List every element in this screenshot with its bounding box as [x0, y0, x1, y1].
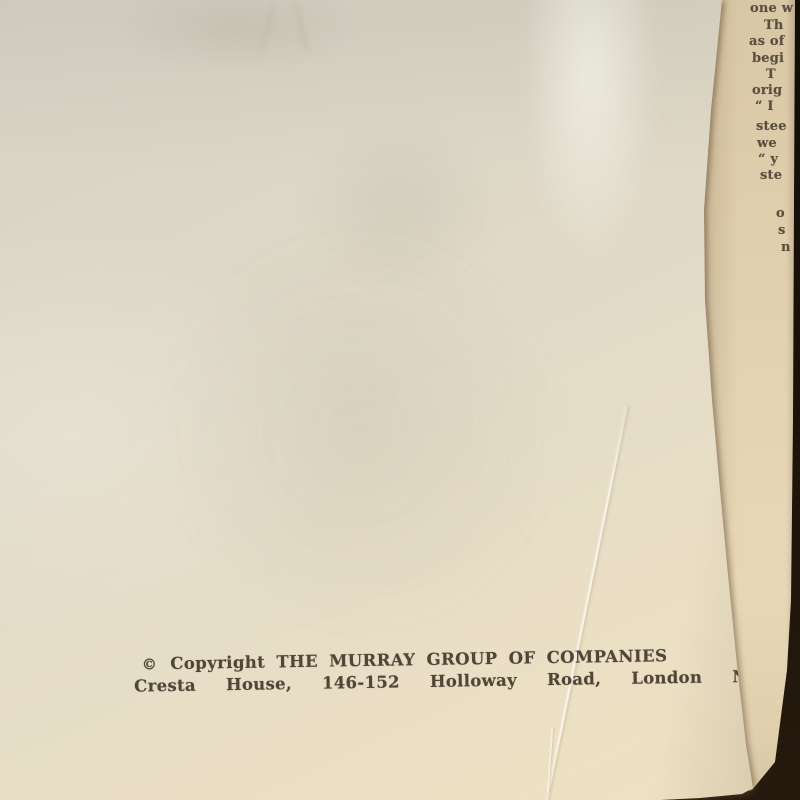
show-through-mark [160, 230, 560, 630]
left-page-wrap: ©Copyright THE MURRAY GROUP OF COMPANIES… [0, 0, 800, 800]
show-through-mark [118, 0, 358, 70]
book-photo: one wThas ofbegiTorig“ Isteewe“ ysteosn … [0, 0, 800, 800]
left-page: ©Copyright THE MURRAY GROUP OF COMPANIES… [0, 0, 800, 800]
copyright-notice: ©Copyright THE MURRAY GROUP OF COMPANIES… [134, 646, 595, 697]
copyright-symbol-icon: © [142, 653, 158, 675]
